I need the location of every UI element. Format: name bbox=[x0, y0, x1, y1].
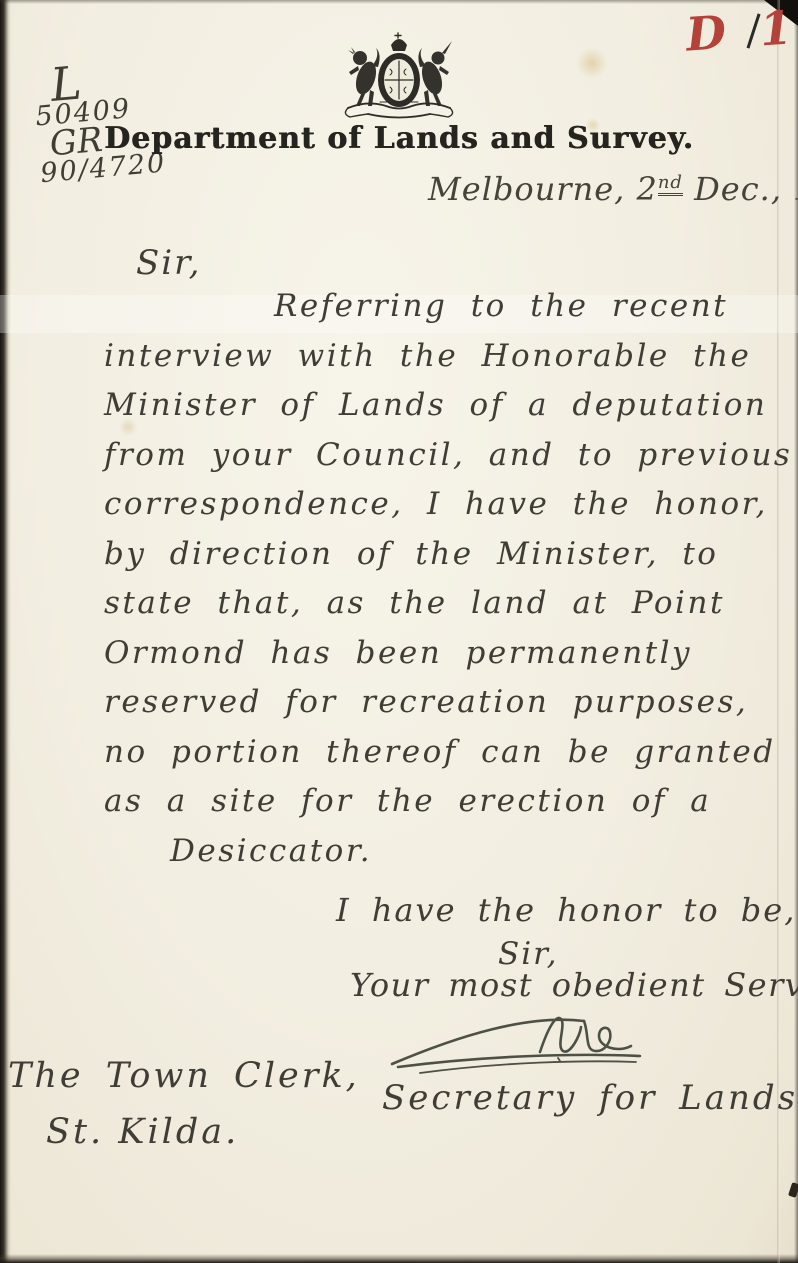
body-line: from your Council, and to previous bbox=[104, 437, 794, 487]
addressee-place: St. Kilda. bbox=[46, 1112, 239, 1152]
dateline-place: Melbourne, 2 bbox=[428, 170, 658, 208]
dateline: Melbourne, 2nd Dec., 1890. bbox=[428, 170, 788, 208]
dateline-ordinal: nd bbox=[658, 172, 683, 196]
letter-body: Referring to the recent interview with t… bbox=[104, 288, 794, 882]
salutation: Sir, bbox=[136, 243, 202, 283]
signer-title: Secretary for Lands. bbox=[382, 1078, 798, 1118]
letterhead-title: Department of Lands and Survey. bbox=[0, 121, 798, 156]
body-line: Minister of Lands of a deputation bbox=[104, 387, 794, 437]
body-line: interview with the Honorable the bbox=[104, 338, 794, 388]
body-line: Referring to the recent bbox=[104, 288, 794, 338]
addressee-name: The Town Clerk, bbox=[8, 1056, 360, 1096]
red-registry-mark: D 1 bbox=[685, 4, 794, 57]
pencil-slash-mark bbox=[747, 13, 761, 48]
body-line: Ormond has been permanently bbox=[104, 635, 794, 685]
dateline-date: Dec., 1890. bbox=[683, 170, 798, 208]
body-line: state that, as the land at Point bbox=[104, 585, 794, 635]
body-line: by direction of the Minister, to bbox=[104, 536, 794, 586]
registry-letter: D bbox=[684, 5, 730, 62]
letter-page: D 1 L 50409 GR 90/4720 bbox=[0, 0, 798, 1263]
registry-number: 1 bbox=[758, 0, 794, 56]
body-line: Desiccator. bbox=[104, 833, 794, 883]
body-line: no portion thereof can be granted bbox=[104, 734, 794, 784]
filing-annotations: L 50409 GR 90/4720 bbox=[31, 53, 167, 188]
body-line: as a site for the erection of a bbox=[104, 783, 794, 833]
closing-line-1: I have the honor to be, bbox=[336, 891, 796, 929]
body-line: reserved for recreation purposes, bbox=[104, 684, 794, 734]
bottom-scan-edge bbox=[0, 1254, 798, 1263]
paper-stain bbox=[575, 48, 609, 78]
closing-line-3: Your most obedient Servant, bbox=[350, 966, 798, 1004]
top-scan-edge bbox=[0, 0, 798, 4]
signature-flourish bbox=[388, 1006, 658, 1078]
body-line: correspondence, I have the honor, bbox=[104, 486, 794, 536]
royal-coat-of-arms-icon bbox=[322, 32, 476, 124]
